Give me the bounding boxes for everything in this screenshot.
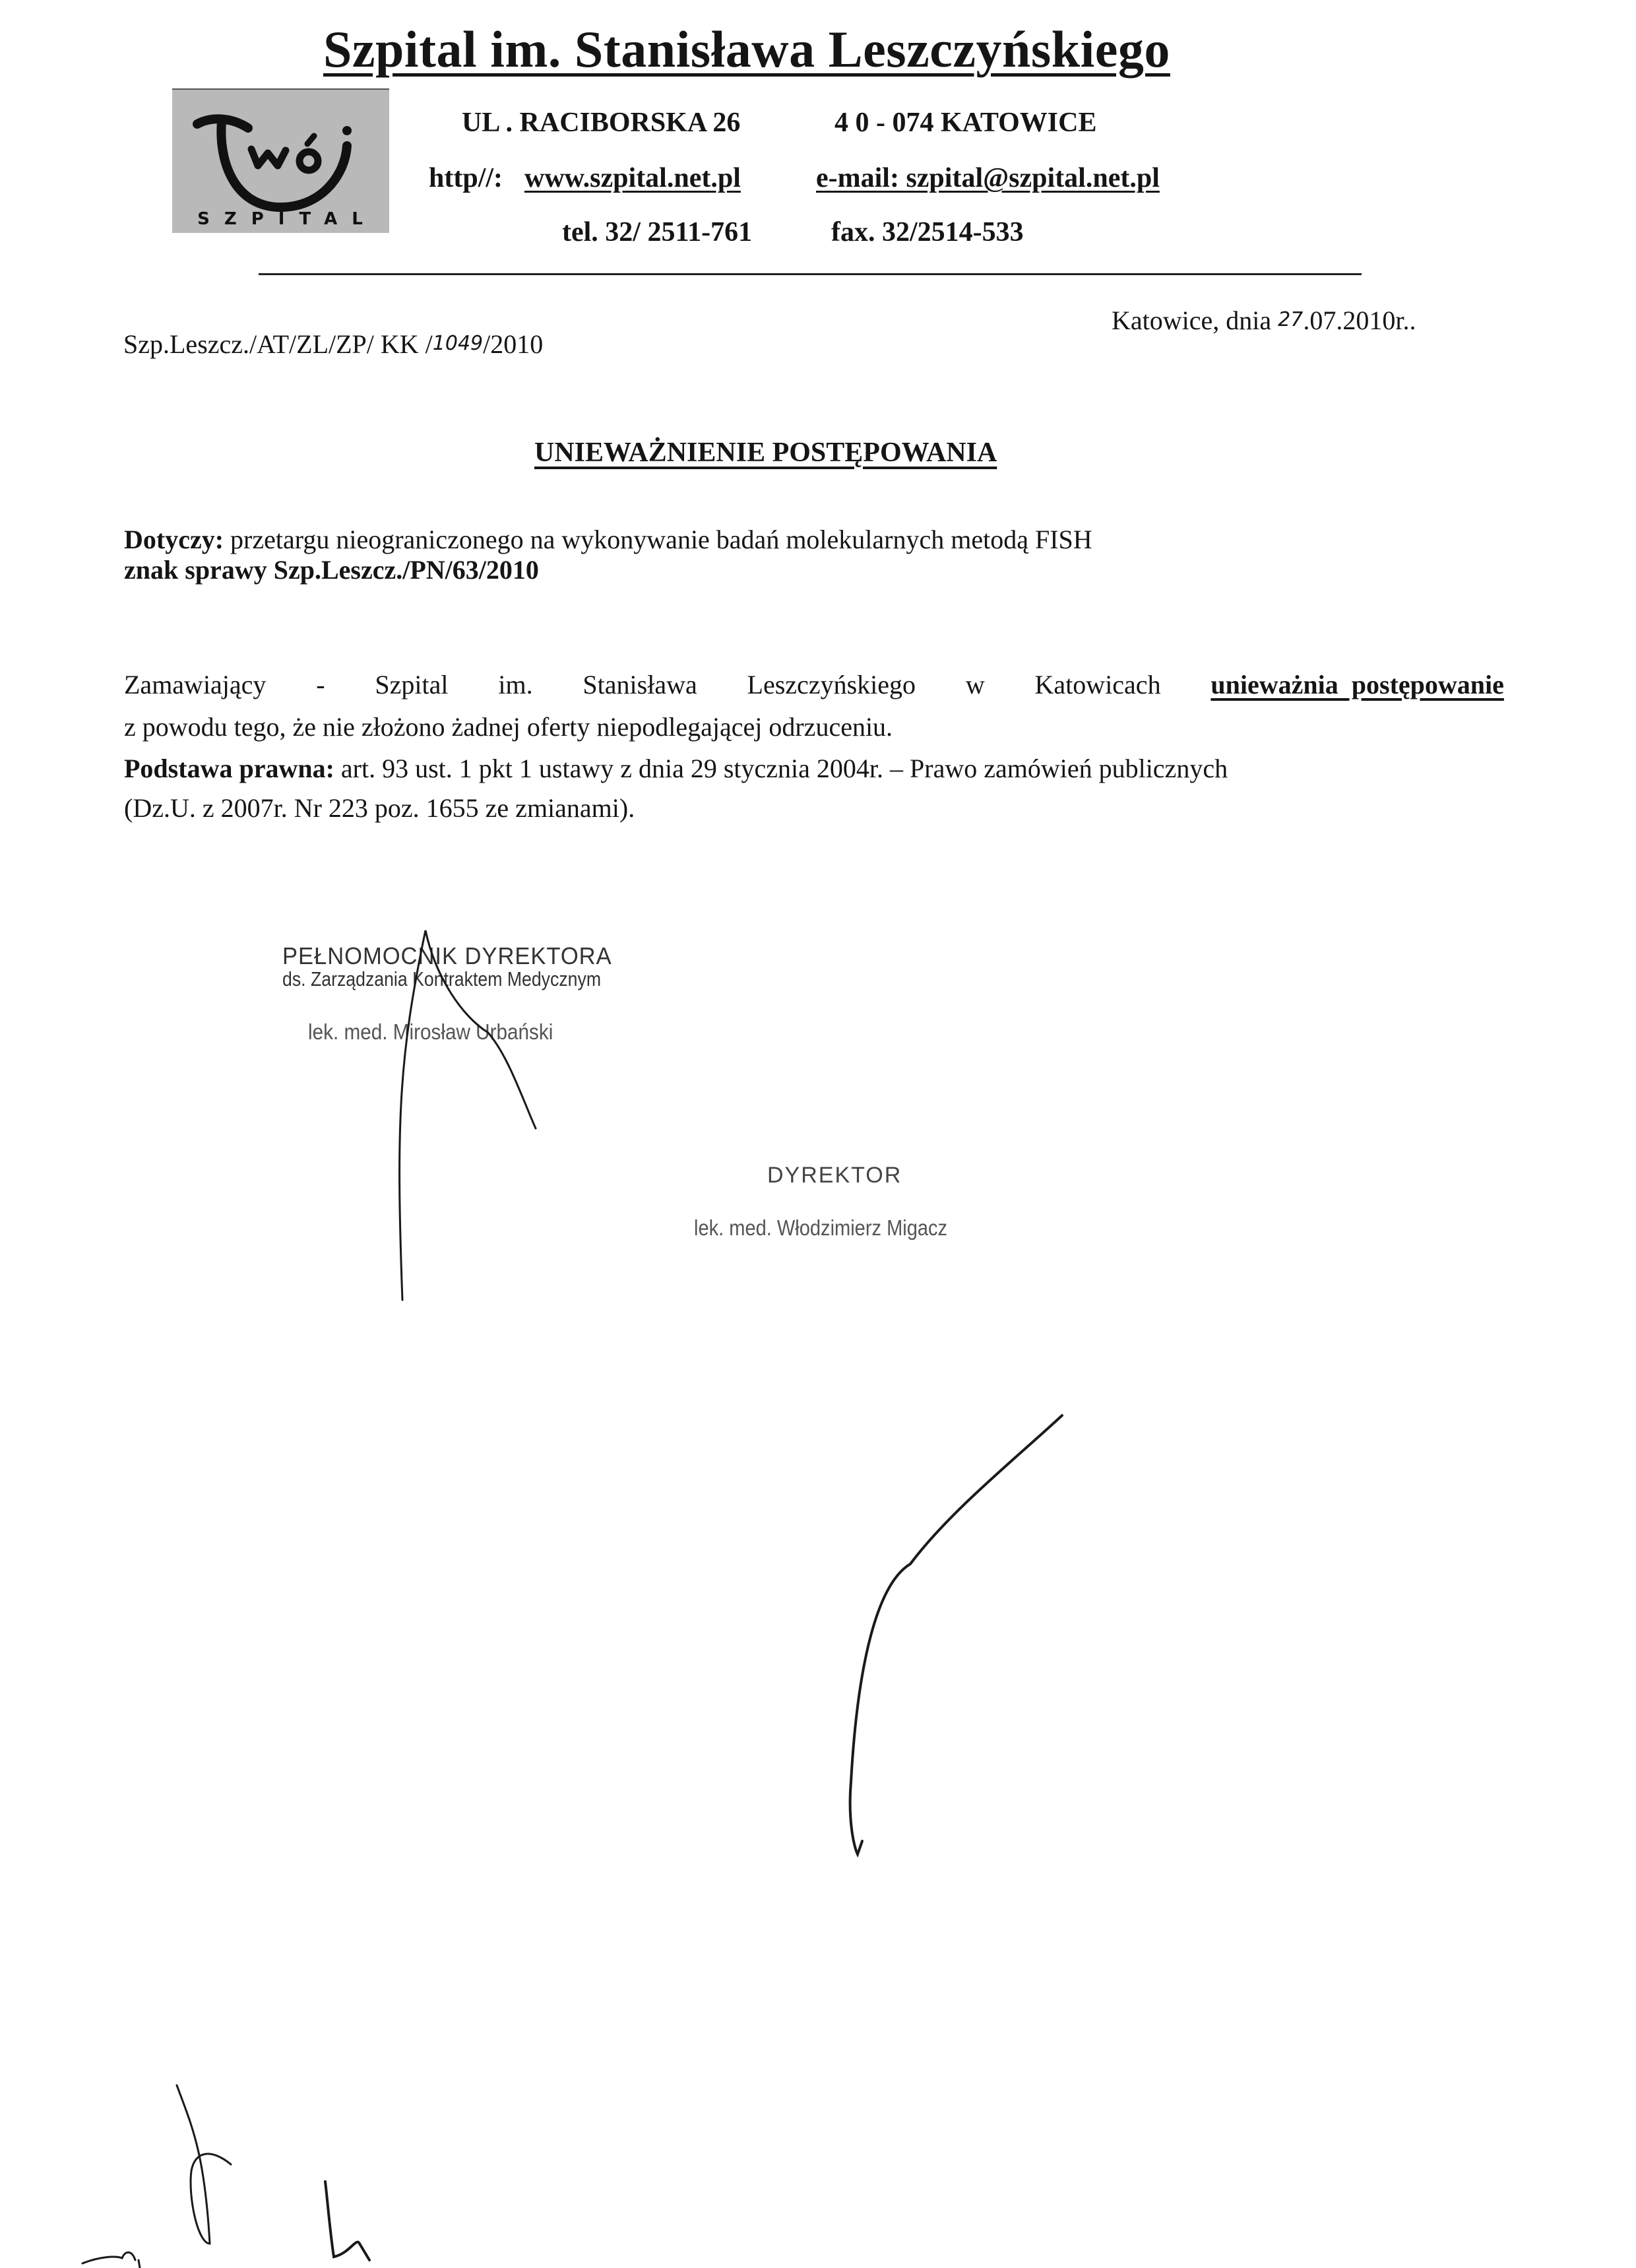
date-prefix: Katowice, dnia [1112, 306, 1278, 335]
website-link[interactable]: www.szpital.net.pl [524, 162, 741, 194]
fax-number: fax. 32/2514-533 [831, 216, 1024, 248]
subject-label: Dotyczy: [124, 525, 224, 554]
legal-basis-text: art. 93 ust. 1 pkt 1 ustawy z dnia 29 st… [334, 754, 1228, 783]
proxy-stamp-name: lek. med. Mirosław Urbański [308, 1020, 553, 1045]
email-link[interactable]: e-mail: szpital@szpital.net.pl [816, 162, 1160, 194]
reference-suffix: /2010 [483, 329, 543, 359]
body-word: - [316, 669, 325, 700]
address-street: UL . RACIBORSKA 26 [462, 107, 740, 139]
body-word: w [966, 669, 985, 700]
body-line-2: z powodu tego, że nie złożono żadnej ofe… [124, 711, 893, 742]
subject-text: przetargu nieograniczonego na wykonywani… [224, 525, 1092, 554]
body-line-1: Zamawiający - Szpital im. Stanisława Les… [124, 669, 1504, 700]
case-number: znak sprawy Szp.Leszcz./PN/63/2010 [124, 554, 539, 585]
subject-line: Dotyczy: przetargu nieograniczonego na w… [124, 524, 1092, 555]
body-word: Stanisława [582, 669, 697, 700]
body-word: Leszczyńskiego [747, 669, 916, 700]
hospital-logo: SZPITAL [172, 88, 389, 233]
web-label: http//: [429, 162, 503, 194]
reference-prefix: Szp.Leszcz./AT/ZL/ZP/ KK / [123, 329, 433, 359]
date-suffix: .07.2010r.. [1303, 306, 1416, 335]
body-word: Zamawiający [124, 669, 266, 700]
document-heading: UNIEWAŻNIENIE POSTĘPOWANIA [534, 437, 997, 469]
phone-number: tel. 32/ 2511-761 [562, 216, 752, 248]
director-stamp-title: DYREKTOR [767, 1163, 902, 1188]
date-handwritten-day: 27 [1278, 308, 1303, 331]
proxy-stamp-subtitle: ds. Zarządzania Kontraktem Medycznym [282, 967, 601, 991]
decision-emphasis: unieważnia postępowanie [1211, 669, 1504, 700]
legal-basis-line-2: (Dz.U. z 2007r. Nr 223 poz. 1655 ze zmia… [124, 793, 635, 824]
logo-wordmark: SZPITAL [172, 209, 389, 229]
body-word: Katowicach [1035, 669, 1161, 700]
body-word: Szpital [375, 669, 448, 700]
reference-number: Szp.Leszcz./AT/ZL/ZP/ KK /1049/2010 [123, 329, 543, 360]
reference-handwritten-number: 1049 [433, 332, 483, 355]
proxy-stamp-title: PEŁNOMOCNIK DYREKTORA [282, 942, 612, 970]
address-city: 4 0 - 074 KATOWICE [834, 107, 1096, 139]
body-word: im. [498, 669, 532, 700]
director-stamp-name: lek. med. Włodzimierz Migacz [694, 1215, 947, 1241]
legal-basis-label: Podstawa prawna: [124, 754, 334, 783]
legal-basis: Podstawa prawna: art. 93 ust. 1 pkt 1 us… [124, 753, 1504, 784]
institution-title: Szpital im. Stanisława Leszczyńskiego [323, 20, 1170, 79]
document-date: Katowice, dnia 27.07.2010r.. [1112, 305, 1416, 336]
header-divider [259, 273, 1362, 275]
